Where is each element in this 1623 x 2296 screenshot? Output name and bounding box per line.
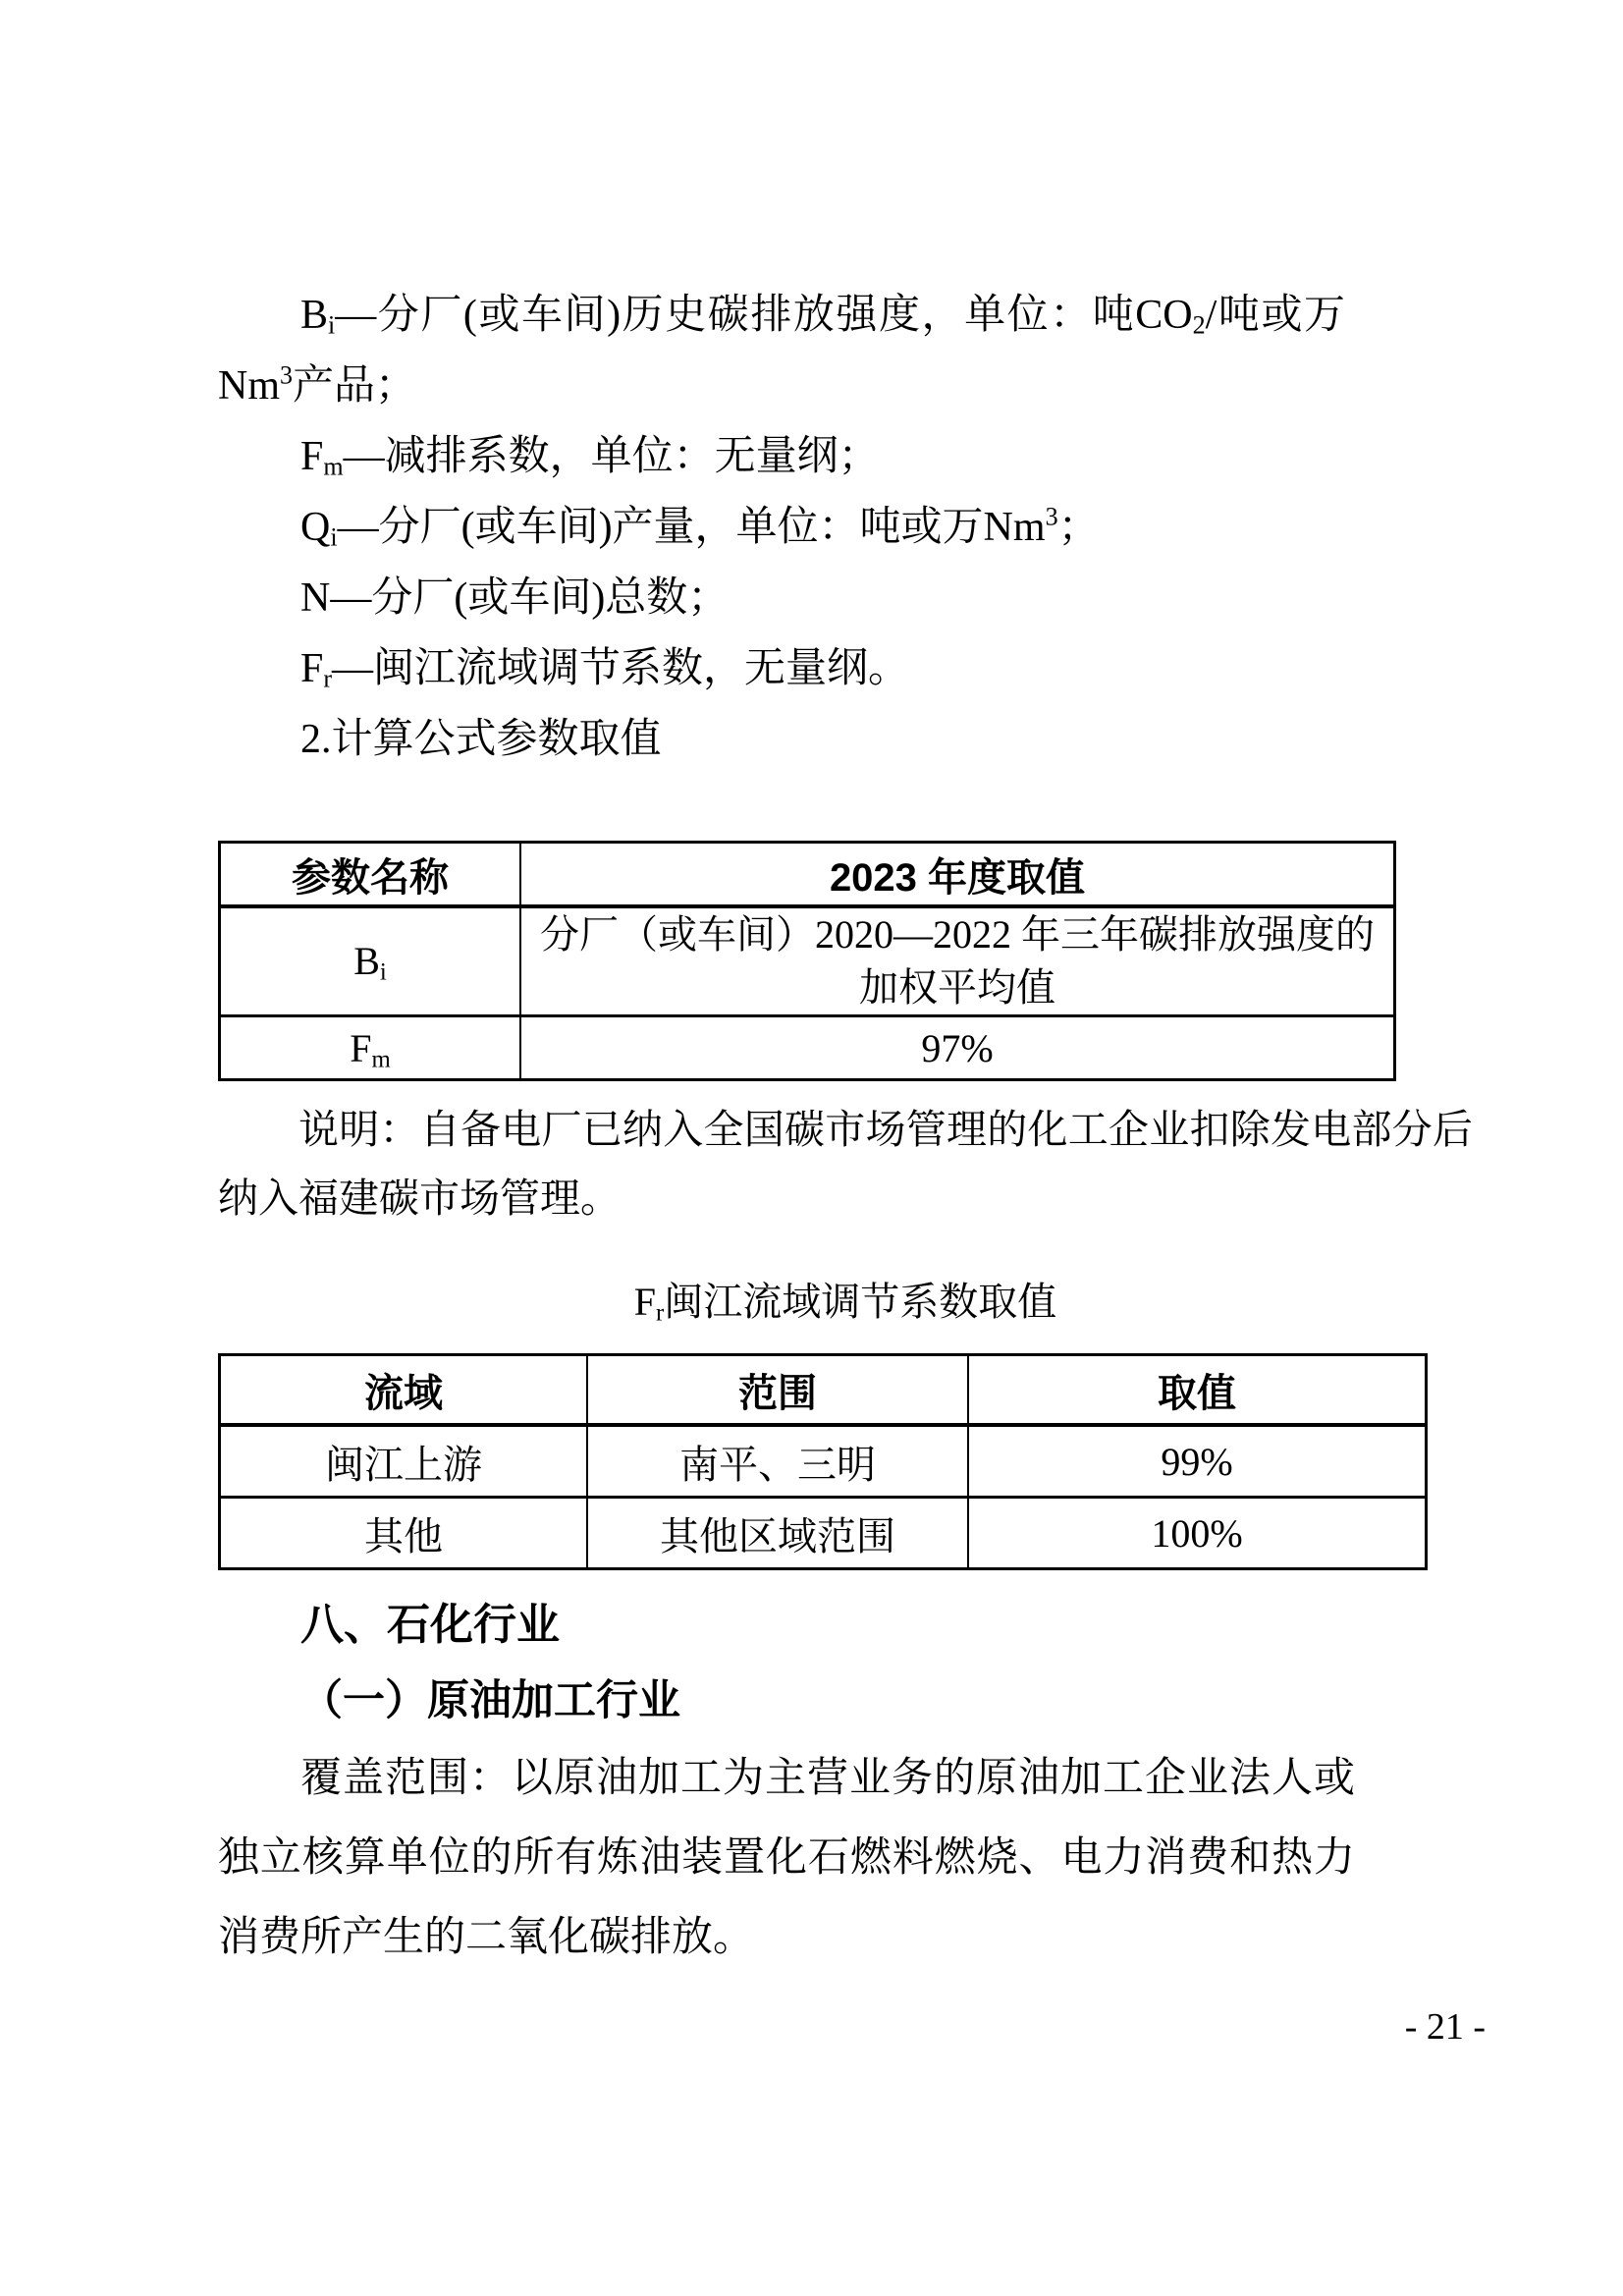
fr-table-body: 闽江上游 南平、三明 99% 其他 其他区域范围 100% xyxy=(220,1425,1427,1569)
note-paragraph: 说明：自备电厂已纳入全国碳市场管理的化工企业扣除发电部分后纳入福建碳市场管理。 xyxy=(218,1095,1473,1232)
header-scope: 范围 xyxy=(587,1355,968,1426)
section-heading-petrochemical: 八、石化行业 xyxy=(218,1596,1473,1655)
table-header-row: 参数名称 2023 年度取值 xyxy=(220,843,1395,907)
cell-basin-other: 其他 xyxy=(220,1498,588,1569)
parameter-value-table: 参数名称 2023 年度取值 Bi 分厂（或车间）2020—2022 年三年碳排… xyxy=(218,841,1396,1081)
coverage-paragraph: 覆盖范围：以原油加工为主营业务的原油加工企业法人或独立核算单位的所有炼油装置化石… xyxy=(218,1739,1473,1978)
definition-n: N—分厂(或车间)总数； xyxy=(218,563,1473,633)
definition-qi: Qi—分厂(或车间)产量，单位：吨或万Nm3； xyxy=(218,492,1473,563)
table-row: Fm 97% xyxy=(220,1016,1395,1080)
cell-value-other: 100% xyxy=(968,1498,1427,1569)
table-row: 闽江上游 南平、三明 99% xyxy=(220,1425,1427,1498)
fr-basin-coefficient-table: 流域 范围 取值 闽江上游 南平、三明 99% 其他 其他区域范围 100% xyxy=(218,1353,1428,1570)
fr-table-header: 流域 范围 取值 xyxy=(220,1355,1427,1426)
parameter-table-body: Bi 分厂（或车间）2020—2022 年三年碳排放强度的加权平均值 Fm 97… xyxy=(220,906,1395,1080)
subsection-heading-crude-oil: （一）原油加工行业 xyxy=(218,1672,1473,1731)
header-parameter-name: 参数名称 xyxy=(220,843,521,907)
definition-list: Bi—分厂(或车间)历史碳排放强度，单位：吨CO2/吨或万Nm3产品； Fm—减… xyxy=(218,0,1473,775)
header-2023-value: 2023 年度取值 xyxy=(520,843,1395,907)
table-header-row: 流域 范围 取值 xyxy=(220,1355,1427,1426)
page-number: - 21 - xyxy=(1405,2005,1486,2049)
definition-bi: Bi—分厂(或车间)历史碳排放强度，单位：吨CO2/吨或万Nm3产品； xyxy=(218,280,1473,421)
cell-value-fm: 97% xyxy=(520,1016,1395,1080)
document-page: { "definitions": [ {"rich": [{"t":"B"},{… xyxy=(0,0,1623,2296)
fr-table-title: Fr闽江流域调节系数取值 xyxy=(218,1274,1473,1331)
definition-fm: Fm—减排系数，单位：无量纲； xyxy=(218,421,1473,492)
page-content: Bi—分厂(或车间)历史碳排放强度，单位：吨CO2/吨或万Nm3产品； Fm—减… xyxy=(218,0,1473,1978)
cell-scope-other: 其他区域范围 xyxy=(587,1498,968,1569)
subsection-title-parameters: 2.计算公式参数取值 xyxy=(218,704,1473,775)
table-row: 其他 其他区域范围 100% xyxy=(220,1498,1427,1569)
header-basin: 流域 xyxy=(220,1355,588,1426)
header-value: 取值 xyxy=(968,1355,1427,1426)
cell-basin-upstream: 闽江上游 xyxy=(220,1425,588,1498)
cell-parameter-fm: Fm xyxy=(220,1016,521,1080)
cell-value-upstream: 99% xyxy=(968,1425,1427,1498)
cell-value-bi: 分厂（或车间）2020—2022 年三年碳排放强度的加权平均值 xyxy=(520,906,1395,1016)
definition-fr: Fr—闽江流域调节系数，无量纲。 xyxy=(218,633,1473,704)
table-row: Bi 分厂（或车间）2020—2022 年三年碳排放强度的加权平均值 xyxy=(220,906,1395,1016)
parameter-table-header: 参数名称 2023 年度取值 xyxy=(220,843,1395,907)
cell-parameter-bi: Bi xyxy=(220,906,521,1016)
cell-scope-upstream: 南平、三明 xyxy=(587,1425,968,1498)
